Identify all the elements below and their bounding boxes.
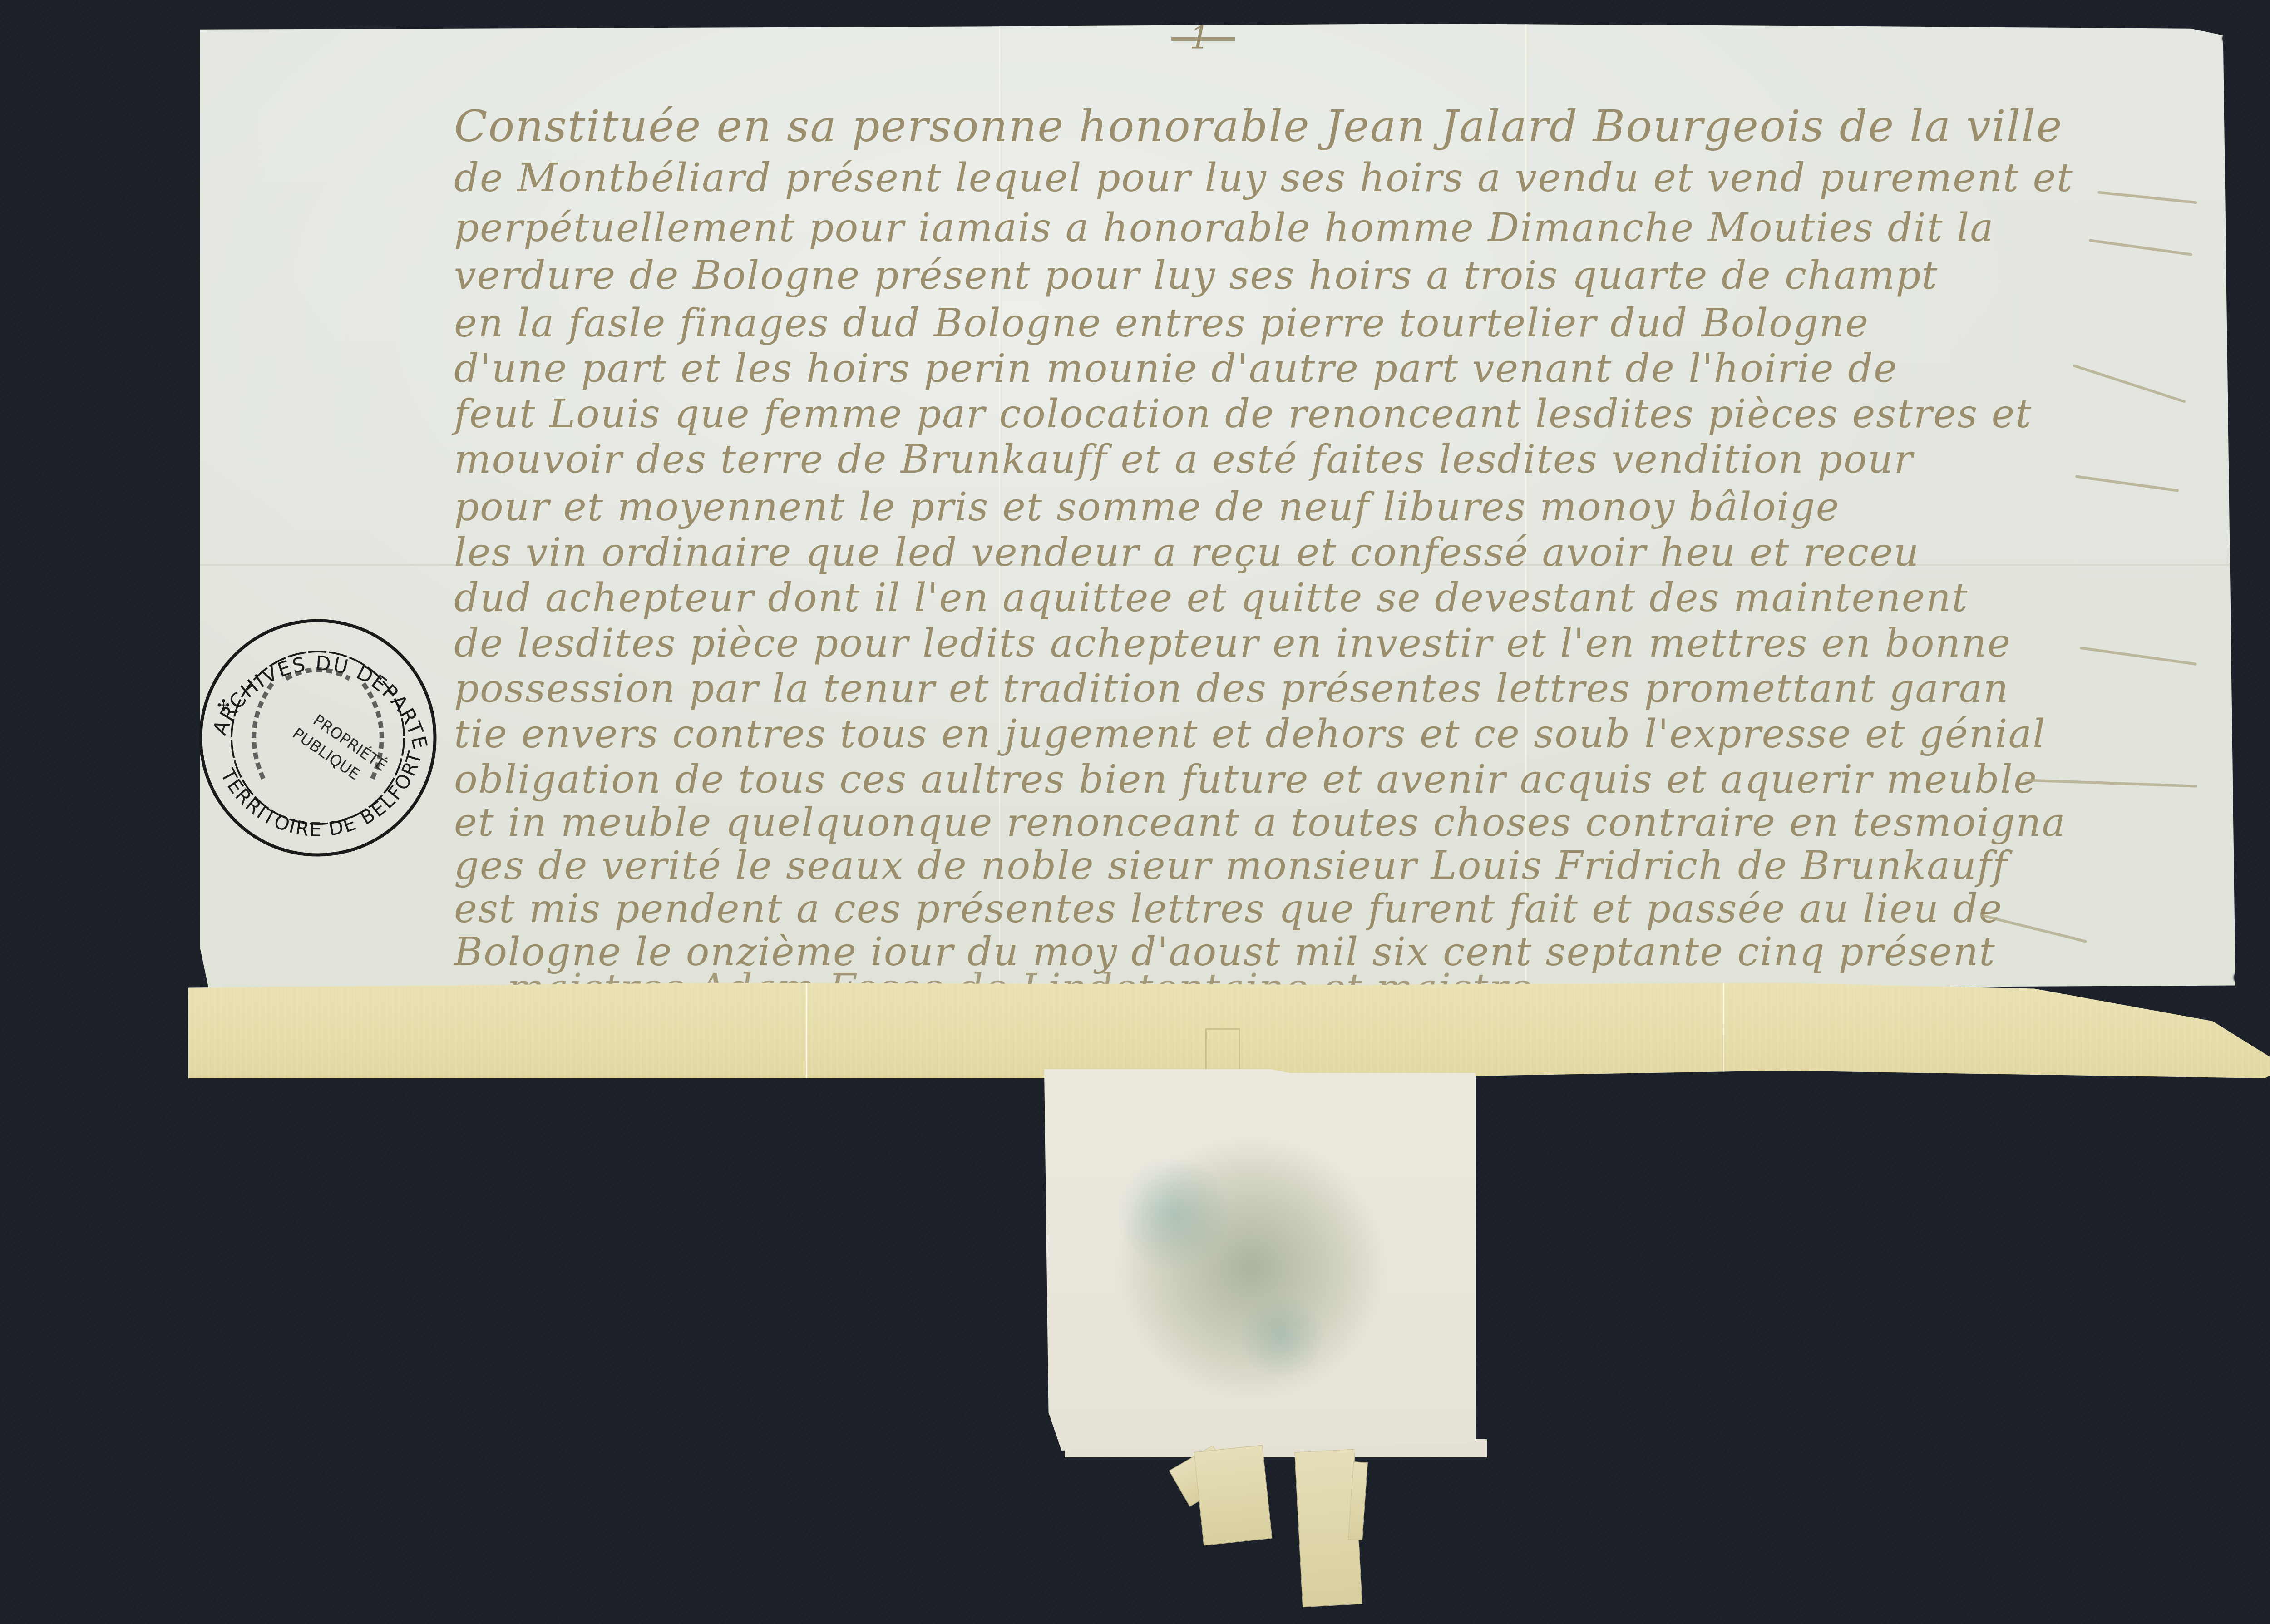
- text-line: mouvoir des terre de Brunkauff et a esté…: [454, 437, 1914, 482]
- text-line: Constituée en sa personne honorable Jean…: [454, 101, 2063, 152]
- text-line: d'une part et les hoirs perin mounie d'a…: [454, 346, 1898, 391]
- text-line: feut Louis que femme par colocation de r…: [454, 391, 2032, 437]
- text-line: possession par la tenur et tradition des…: [454, 666, 2009, 711]
- stamp-top-text: ARCHIVES DU DEPARTEMENT: [195, 615, 432, 753]
- tag-ribbon: [1194, 1445, 1273, 1546]
- line-end-flourish: [2025, 779, 2197, 787]
- text-line: tie envers contres tous en jugement et d…: [454, 711, 2046, 757]
- fleuron-icon: ✣: [217, 696, 230, 715]
- text-line: de Montbéliard présent lequel pour luy s…: [454, 155, 2073, 201]
- seal-wrapper: [1044, 1069, 1475, 1451]
- folded-plica-strip: [188, 983, 2270, 1078]
- text-line: est mis pendent a ces présentes lettres …: [454, 886, 2003, 932]
- text-line: dud achepteur dont il l'en aquittee et q…: [454, 575, 1969, 621]
- text-line: ges de verité le seaux de noble sieur mo…: [454, 843, 2008, 889]
- line-end-flourish: [2073, 364, 2186, 403]
- plica-crease: [806, 983, 807, 1078]
- plica-crease: [1723, 983, 1724, 1078]
- line-end-flourish: [2097, 191, 2197, 204]
- svg-text:ARCHIVES DU DEPARTEMENT: ARCHIVES DU DEPARTEMENT: [195, 615, 432, 753]
- text-line: obligation de tous ces aultres bien futu…: [454, 757, 2038, 802]
- parchment-sheet: 1 Constituée en sa personne honorable Je…: [200, 24, 2252, 995]
- seal-tag-slot: [1205, 1028, 1240, 1072]
- text-line: de lesdites pièce pour ledits achepteur …: [454, 621, 2011, 666]
- text-line: les vin ordinaire que led vendeur a reçu…: [454, 530, 1920, 575]
- text-line: et in meuble quelquonque renonceant a to…: [454, 800, 2066, 845]
- line-end-flourish: [2080, 647, 2197, 666]
- text-line: verdure de Bologne présent pour luy ses …: [454, 253, 1938, 298]
- archives-stamp: ARCHIVES DU DEPARTEMENT TERRITOIRE DE BE…: [195, 615, 440, 860]
- line-end-flourish: [2075, 475, 2179, 492]
- text-line: en la fasle finages dud Bologne entres p…: [454, 301, 1869, 346]
- text-line: pour et moyennent le pris et somme de ne…: [454, 484, 1840, 530]
- line-end-flourish: [2089, 239, 2193, 256]
- text-line: perpétuellement pour iamais a honorable …: [454, 205, 1994, 251]
